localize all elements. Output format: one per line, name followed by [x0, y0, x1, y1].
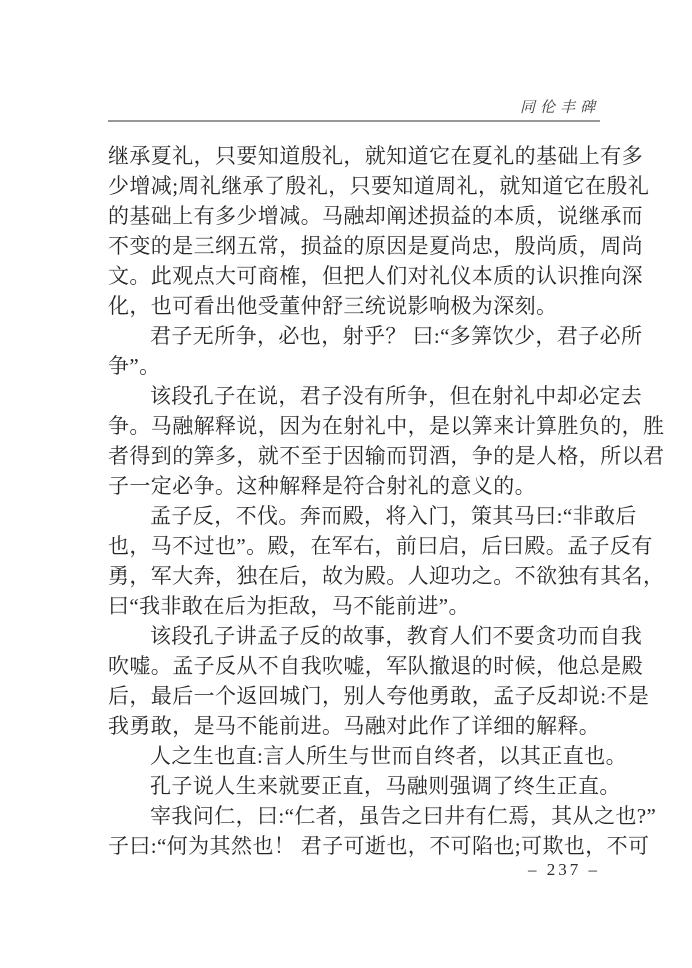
body-text: 继承夏礼，只要知道殷礼，就知道它在夏礼的基础上有多少增减;周礼继承了殷礼，只要知… [108, 141, 608, 861]
text-line: 也，马不过也”。殿，在军右，前曰启，后曰殿。孟子反有 [108, 531, 608, 561]
text-line: 我勇敢，是马不能前进。马融对此作了详细的解释。 [108, 711, 608, 741]
book-page: 同伦丰碑 继承夏礼，只要知道殷礼，就知道它在夏礼的基础上有多少增减;周礼继承了殷… [0, 0, 692, 968]
text-line: 者得到的筭多，就不至于因输而罚酒，争的是人格，所以君 [108, 441, 608, 471]
text-line: 该段孔子在说，君子没有所争，但在射礼中却必定去 [108, 381, 608, 411]
text-line: 少增减;周礼继承了殷礼，只要知道周礼，就知道它在殷礼 [108, 171, 608, 201]
text-line: 争。马融解释说，因为在射礼中，是以筭来计算胜负的，胜 [108, 411, 608, 441]
text-line: 文。此观点大可商榷，但把人们对礼仪本质的认识推向深 [108, 261, 608, 291]
text-line: 人之生也直:言人所生与世而自终者，以其正直也。 [108, 741, 608, 771]
text-line: 君子无所争，必也，射乎？ 曰:“多筭饮少，君子必所 [108, 321, 608, 351]
text-line: 继承夏礼，只要知道殷礼，就知道它在夏礼的基础上有多 [108, 141, 608, 171]
text-line: 后，最后一个返回城门，别人夸他勇敢，孟子反却说:不是 [108, 681, 608, 711]
running-head-row: 同伦丰碑 [108, 96, 600, 117]
text-line: 宰我问仁，曰:“仁者，虽告之曰井有仁焉，其从之也?” [108, 801, 608, 831]
text-line: 曰“我非敢在后为拒敌，马不能前进”。 [108, 591, 608, 621]
text-line: 子一定必争。这种解释是符合射礼的意义的。 [108, 471, 608, 501]
text-line: 吹嘘。孟子反从不自我吹嘘，军队撤退的时候，他总是殿 [108, 651, 608, 681]
text-line: 化，也可看出他受董仲舒三统说影响极为深刻。 [108, 291, 608, 321]
page-number: – 237 – [108, 860, 600, 880]
text-line: 不变的是三纲五常，损益的原因是夏尚忠，殷尚质，周尚 [108, 231, 608, 261]
running-head: 同伦丰碑 [520, 100, 600, 116]
text-line: 孟子反，不伐。奔而殿，将入门，策其马曰:“非敢后 [108, 501, 608, 531]
text-line: 的基础上有多少增减。马融却阐述损益的本质，说继承而 [108, 201, 608, 231]
text-line: 子曰:“何为其然也！ 君子可逝也，不可陷也;可欺也，不可 [108, 831, 608, 861]
header-rule [108, 120, 600, 122]
text-line: 该段孔子讲孟子反的故事，教育人们不要贪功而自我 [108, 621, 608, 651]
text-line: 孔子说人生来就要正直，马融则强调了终生正直。 [108, 771, 608, 801]
text-line: 争”。 [108, 351, 608, 381]
text-line: 勇，军大奔，独在后，故为殿。人迎功之。不欲独有其名， [108, 561, 608, 591]
